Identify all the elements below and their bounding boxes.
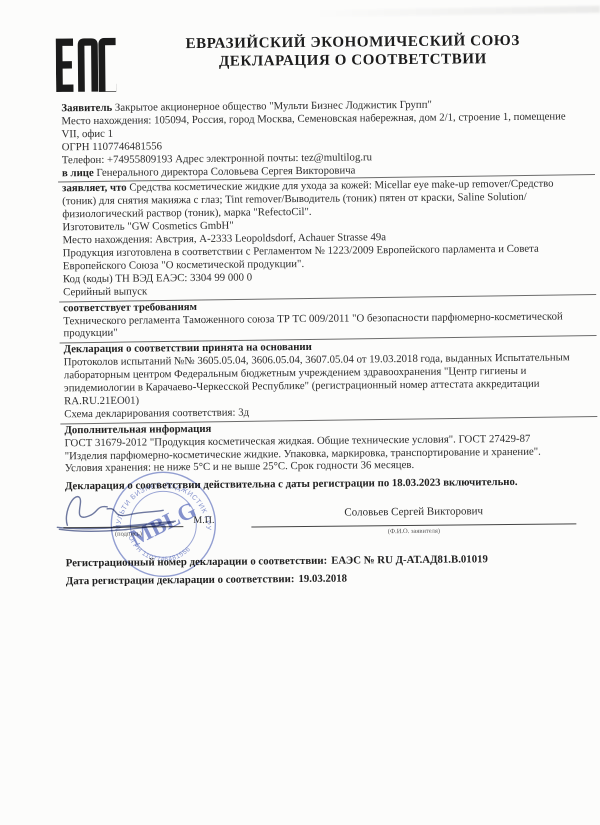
registration-number-value: ЕАЭС № RU Д-АТ.АД81.В.01019 bbox=[327, 553, 488, 567]
additional-gost: ГОСТ 31679-2012 "Продукция косметическая… bbox=[64, 432, 571, 463]
company-stamp-icon: МУЛЬТИ БИЗНЕС ЛОДЖИСТИК ГРУПП • КПП 7701… bbox=[107, 468, 220, 581]
declares-label: заявляет, что bbox=[62, 182, 127, 195]
product-description: Средства косметические жидкие для ухода … bbox=[62, 178, 553, 221]
document-title-line2: ДЕКЛАРАЦИЯ О СООТВЕТСТВИИ bbox=[108, 49, 598, 72]
document-header: ЕВРАЗИЙСКИЙ ЭКОНОМИЧЕСКИЙ СОЮЗ ДЕКЛАРАЦИ… bbox=[0, 0, 598, 99]
document-body: Заявитель Закрытое акционерное общество … bbox=[0, 93, 600, 591]
declarant-name: Соловьев Сергей Викторович bbox=[251, 499, 576, 521]
signature-block: (подпись) М.П. Соловьев Сергей Викторови… bbox=[65, 499, 572, 556]
declaration-document: ЕВРАЗИЙСКИЙ ЭКОНОМИЧЕСКИЙ СОЮЗ ДЕКЛАРАЦИ… bbox=[0, 0, 600, 825]
registration-date-value: 19.03.2018 bbox=[294, 572, 347, 585]
stamp-center-text: MBLG bbox=[126, 497, 200, 551]
declarant-name-line: Соловьев Сергей Викторович bbox=[251, 499, 576, 528]
in-person-value: Генерального директора Соловьева Сергея … bbox=[96, 164, 355, 178]
in-person-label: в лице bbox=[62, 167, 94, 179]
basis-protocols: Протоколов испытаний №№ 3605.05.04, 3606… bbox=[64, 352, 571, 408]
declarant-name-caption: (Ф.И.О. заявителя) bbox=[251, 525, 576, 541]
eac-logo-icon bbox=[56, 38, 117, 93]
declares-line: заявляет, что Средства косметические жид… bbox=[62, 178, 569, 222]
applicant-label: Заявитель bbox=[61, 102, 112, 114]
